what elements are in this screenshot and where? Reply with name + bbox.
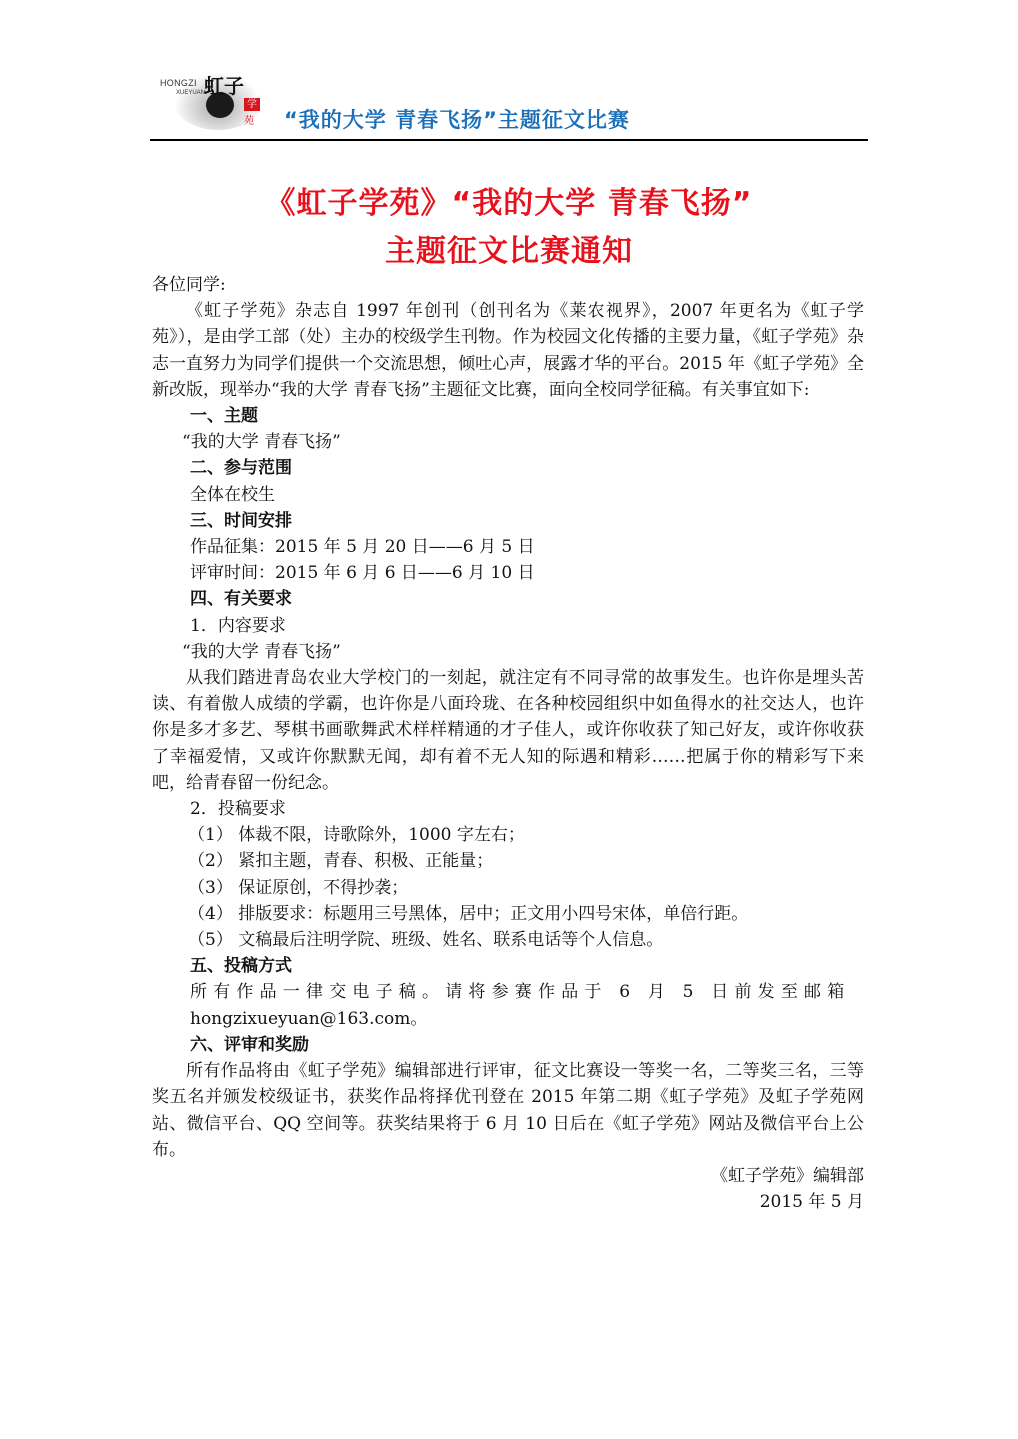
- schedule-review: 评审时间：2015 年 6 月 6 日——6 月 10 日: [152, 560, 864, 586]
- logo-english-line2: XUEYUAN: [176, 90, 205, 96]
- requirement-item: （4） 排版要求：标题用三号黑体，居中；正文用小四号宋体，单倍行距。: [152, 901, 864, 927]
- section-heading-submission-method: 五、投稿方式: [152, 953, 864, 979]
- header-divider: [150, 139, 868, 141]
- content-requirements-theme: “我的大学 青春飞扬”: [152, 639, 864, 665]
- theme-text: “我的大学 青春飞扬”: [152, 429, 864, 455]
- content-requirements-heading: 1．内容要求: [152, 613, 864, 639]
- header-title: “我的大学 青春飞扬”主题征文比赛: [284, 104, 630, 134]
- content-requirements-text: 从我们踏进青岛农业大学校门的一刻起，就注定有不同寻常的故事发生。也许你是埋头苦读…: [152, 665, 864, 796]
- submission-method-text: 所有作品一律交电子稿。请将参赛作品于 6 月 5 日前发至邮箱: [152, 979, 864, 1005]
- logo-seal-text: 苑: [244, 112, 254, 127]
- section-heading-review-awards: 六、评审和奖励: [152, 1032, 864, 1058]
- requirement-item: （2） 紧扣主题，青春、积极、正能量；: [152, 848, 864, 874]
- salutation: 各位同学:: [152, 272, 864, 298]
- signature-date: 2015 年 5 月: [152, 1189, 864, 1215]
- document-title-line1: 《虹子学苑》“我的大学 青春飞扬”: [0, 178, 1018, 222]
- logo-red-seal: 学: [244, 98, 260, 111]
- logo-english-line1: HONGZI: [160, 78, 197, 88]
- section-heading-scope: 二、参与范围: [152, 455, 864, 481]
- logo-calligraphy: 虹子: [204, 70, 244, 99]
- schedule-collection: 作品征集：2015 年 5 月 20 日——6 月 5 日: [152, 534, 864, 560]
- signature-org: 《虹子学苑》编辑部: [152, 1163, 864, 1189]
- requirement-item: （1） 体裁不限，诗歌除外，1000 字左右；: [152, 822, 864, 848]
- requirement-item: （5） 文稿最后注明学院、班级、姓名、联系电话等个人信息。: [152, 927, 864, 953]
- review-awards-text: 所有作品将由《虹子学苑》编辑部进行评审，征文比赛设一等奖一名，二等奖三名，三等奖…: [152, 1058, 864, 1163]
- section-heading-requirements: 四、有关要求: [152, 586, 864, 612]
- section-heading-schedule: 三、时间安排: [152, 508, 864, 534]
- submission-email[interactable]: hongzixueyuan@163.com。: [152, 1006, 864, 1032]
- section-heading-theme: 一、主题: [152, 403, 864, 429]
- scope-text: 全体在校生: [152, 482, 864, 508]
- intro-paragraph: 《虹子学苑》杂志自 1997 年创刊（创刊名为《莱农视界》，2007 年更名为《…: [152, 298, 864, 403]
- requirement-item: （3） 保证原创，不得抄袭；: [152, 875, 864, 901]
- submission-requirements-heading: 2．投稿要求: [152, 796, 864, 822]
- document-body: 各位同学: 《虹子学苑》杂志自 1997 年创刊（创刊名为《莱农视界》，2007…: [152, 272, 864, 1215]
- page-header: HONGZI XUEYUAN 虹子 学 苑 “我的大学 青春飞扬”主题征文比赛: [150, 68, 868, 140]
- hongzi-xueyuan-logo: HONGZI XUEYUAN 虹子 学 苑: [154, 68, 262, 130]
- document-title-line2: 主题征文比赛通知: [0, 226, 1018, 270]
